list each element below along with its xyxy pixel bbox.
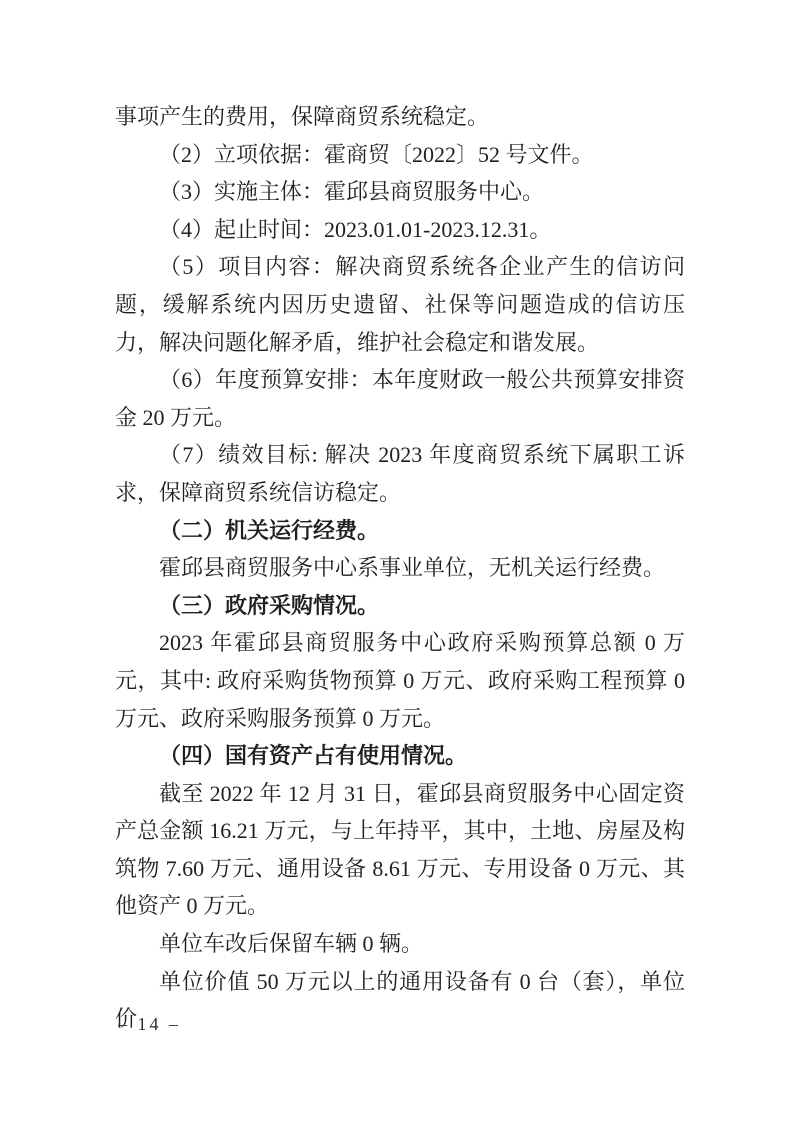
paragraph: 单位车改后保留车辆 0 辆。 [115, 925, 685, 963]
paragraph: 单位价值 50 万元以上的通用设备有 0 台（套），单位价 [115, 963, 685, 1038]
paragraph: （4）起止时间：2023.01.01-2023.12.31。 [115, 211, 685, 249]
paragraph: （3）实施主体：霍邱县商贸服务中心。 [115, 173, 685, 211]
paragraph: （6）年度预算安排：本年度财政一般公共预算安排资金 20 万元。 [115, 361, 685, 436]
paragraph: （2）立项依据：霍商贸〔2022〕52 号文件。 [115, 136, 685, 174]
paragraph: 霍邱县商贸服务中心系事业单位，无机关运行经费。 [115, 549, 685, 587]
paragraph: 事项产生的费用，保障商贸系统稳定。 [115, 98, 685, 136]
document-body: 事项产生的费用，保障商贸系统稳定。（2）立项依据：霍商贸〔2022〕52 号文件… [115, 98, 685, 1038]
section-heading: （四）国有资产占有使用情况。 [115, 737, 685, 775]
paragraph: （7）绩效目标: 解决 2023 年度商贸系统下属职工诉求，保障商贸系统信访稳定… [115, 436, 685, 511]
paragraph: 2023 年霍邱县商贸服务中心政府采购预算总额 0 万元，其中: 政府采购货物预… [115, 624, 685, 737]
page-number: – 14 – [118, 1014, 181, 1035]
section-heading: （二）机关运行经费。 [115, 512, 685, 550]
paragraph: （5）项目内容：解决商贸系统各企业产生的信访问题，缓解系统内因历史遗留、社保等问… [115, 248, 685, 361]
paragraph: 截至 2022 年 12 月 31 日，霍邱县商贸服务中心固定资产总金额 16.… [115, 775, 685, 925]
section-heading: （三）政府采购情况。 [115, 587, 685, 625]
document-page: 事项产生的费用，保障商贸系统稳定。（2）立项依据：霍商贸〔2022〕52 号文件… [0, 0, 793, 1122]
